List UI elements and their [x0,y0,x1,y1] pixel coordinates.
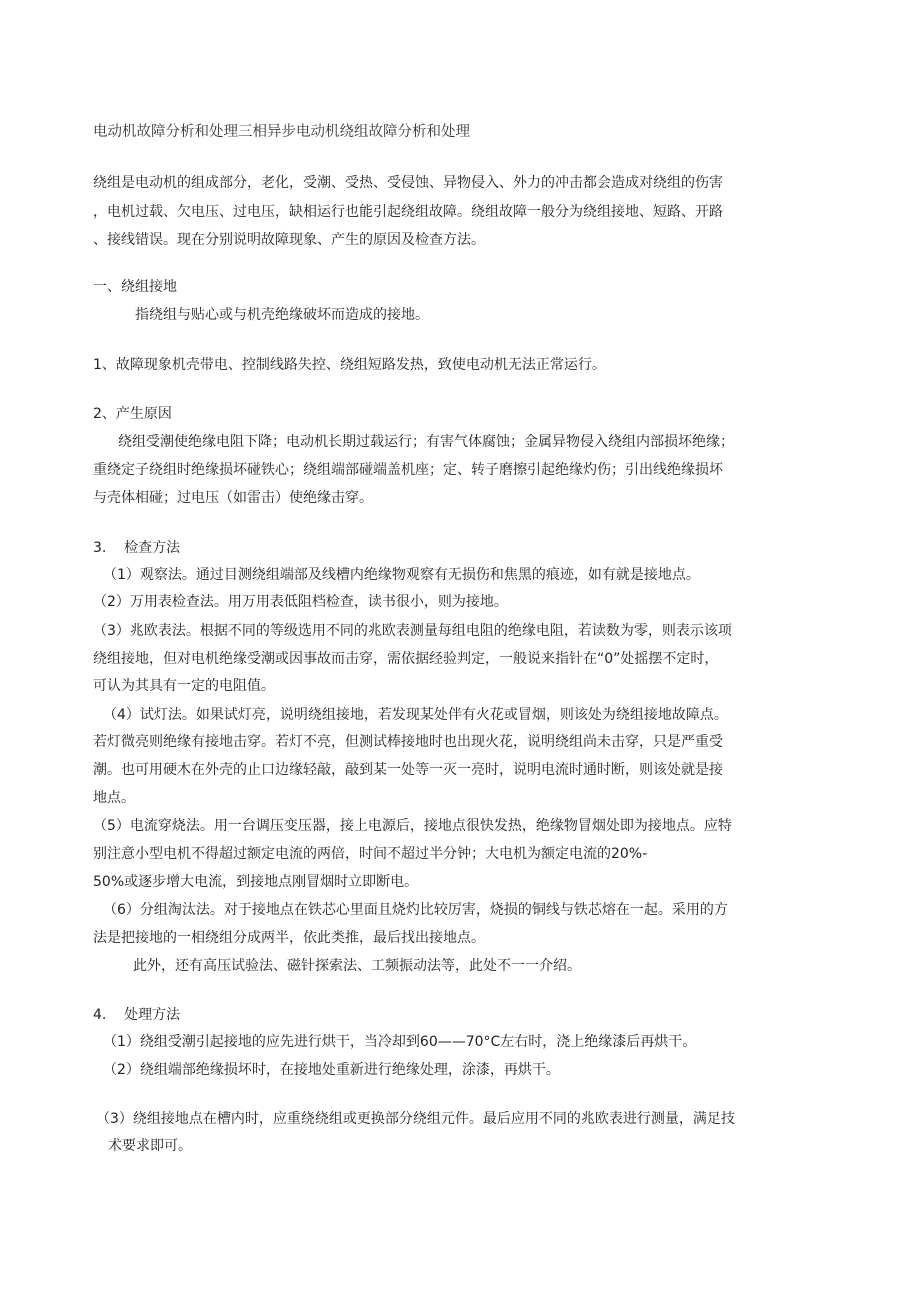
intro-line: 绕组是电动机的组成部分，老化，受潮、受热、受侵蚀、异物侵入、外力的冲击都会造成对… [93,174,723,192]
cause-line: 与壳体相碰；过电压（如雷击）使绝缘击穿。 [93,489,373,507]
section-heading: 一、绕组接地 [93,278,177,296]
check-line: 若灯微亮则绝缘有接地击穿。若灯不亮，但测试棒接地时也出现火花，说明绕组尚未击穿，… [93,733,723,751]
treatment-line: （1）绕组受潮引起接地的应先进行烘干，当冷却到60——70°C左右时，浇上绝缘漆… [103,1033,696,1051]
section-definition: 指绕组与贴心或与机壳绝缘破坏而造成的接地。 [135,306,429,324]
cause-line: 重绕定子绕组时绝缘损坏碰铁心；绕组端部碰端盖机座；定、转子磨擦引起绝缘灼伤；引出… [93,461,723,479]
check-line: 别注意小型电机不得超过额定电流的两倍，时间不超过半分钟；大电机为额定电流的20%… [93,845,647,863]
check-line: （5）电流穿烧法。用一台调压变压器，接上电源后，接地点很快发热，绝缘物冒烟处即为… [93,817,732,835]
check-line: 绕组接地，但对电机绝缘受潮或因事故而击穿，需依据经验判定，一般说来指针在“0”处… [93,650,718,668]
check-line: 可认为其具有一定的电阻值。 [93,677,275,695]
check-line: 50%或逐步增大电流，到接地点刚冒烟时立即断电。 [93,873,418,891]
cause-line: 绕组受潮使绝缘电阻下降；电动机长期过载运行；有害气体腐蚀；金属异物侵入绕组内部损… [118,433,734,451]
intro-line: ，电机过载、欠电压、过电压，缺相运行也能引起绕组故障。绕组故障一般分为绕组接地、… [93,203,723,221]
check-line: （1）观察法。通过目测绕组端部及线槽内绝缘物观察有无损伤和焦黑的痕迹，如有就是接… [103,566,700,584]
treatment-heading: 4. 处理方法 [93,1006,180,1024]
intro-line: 、接线错误。现在分别说明故障现象、产生的原因及检查方法。 [93,231,485,249]
check-line: 此外，还有高压试验法、磁针探索法、工频振动法等，此处不一一介绍。 [133,957,581,975]
check-line: 法是把接地的一相绕组分成两半，依此类推，最后找出接地点。 [93,929,485,947]
check-line: 地点。 [93,789,135,807]
check-line: （6）分组淘汰法。对于接地点在铁芯心里面且烧灼比较厉害，烧损的铜线与铁芯熔在一起… [103,901,728,919]
treatment-line: （2）绕组端部绝缘损坏时，在接地处重新进行绝缘处理，涂漆，再烘干。 [103,1061,560,1079]
document-title: 电动机故障分析和处理三相异步电动机绕组故障分析和处理 [93,123,470,141]
check-heading: 3. 检查方法 [93,539,180,557]
check-line: （4）试灯法。如果试灯亮，说明绕组接地，若发现某处伴有火花或冒烟，则该处为绕组接… [103,706,728,724]
check-line: （2）万用表检查法。用万用表低阻档检查，读书很小，则为接地。 [93,593,508,611]
check-line: 潮。也可用硬木在外壳的止口边缘轻敲，敲到某一处等一灭一亮时，说明电流时通时断，则… [93,761,723,779]
treatment-line: 术要求即可。 [108,1137,192,1155]
cause-heading: 2、产生原因 [93,405,172,423]
treatment-line: （3）绕组接地点在槽内时，应重绕绕组或更换部分绕组元件。最后应用不同的兆欧表进行… [96,1110,735,1128]
check-line: （3）兆欧表法。根据不同的等级选用不同的兆欧表测量每组电阻的绝缘电阻，若读数为零… [93,622,732,640]
fault-symptom: 1、故障现象机壳带电、控制线路失控、绕组短路发热，致使电动机无法正常运行。 [93,356,606,374]
